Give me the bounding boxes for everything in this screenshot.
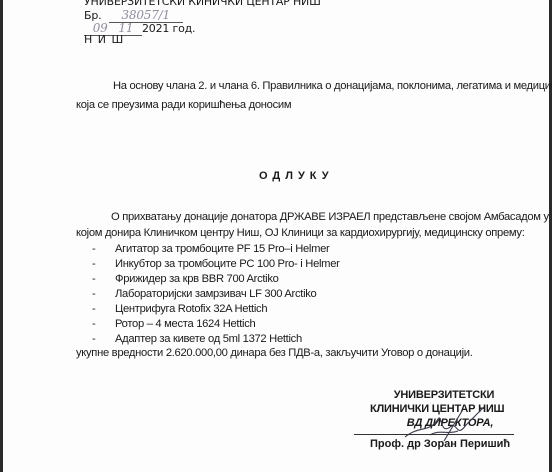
document-title: ОДЛУКУ: [259, 170, 334, 182]
bullet: -: [92, 288, 115, 300]
preamble-line-1: На основу члана 2. и члана 6. Правилника…: [113, 80, 552, 92]
window-border-left: [0, 0, 3, 472]
item-text: Инкубтор за тромбоците PC 100 Pro- i Hel…: [115, 258, 340, 270]
list-item: -Инкубтор за тромбоците PC 100 Pro- i He…: [92, 258, 340, 270]
bullet: -: [92, 258, 115, 270]
date-year: 2021 год.: [142, 22, 195, 35]
item-text: Фрижидер за крв BBR 700 Arctiko: [115, 273, 279, 285]
signer-name: Проф. др Зоран Перишић: [370, 438, 510, 450]
decision-line-1: О прихватању донације донатора ДРЖАВЕ ИЗ…: [111, 211, 552, 223]
list-item: -Лабораторијски замрзивач LF 300 Arctiko: [92, 288, 316, 300]
bullet: -: [92, 333, 115, 345]
list-item: -Адаптер за кивете од 5ml 1372 Hettich: [92, 333, 302, 345]
item-text: Центрифуга Rotofix 32A Hettich: [115, 303, 267, 315]
signature-line: [354, 434, 514, 435]
bullet: -: [92, 243, 115, 255]
item-text: Агитатор за тромбоците PF 15 Pro–i Helme…: [115, 243, 329, 255]
list-item: -Агитатор за тромбоците PF 15 Pro–i Helm…: [92, 243, 329, 255]
preamble-line-2: која се преузима ради коришћења доносим: [76, 99, 291, 111]
signature-institution-line-1: УНИВЕРЗИТЕТСКИ: [384, 389, 504, 401]
list-item: -Ротор – 4 места 1624 Hettich: [92, 318, 255, 330]
item-text: Адаптер за кивете од 5ml 1372 Hettich: [115, 333, 302, 345]
bullet: -: [92, 273, 115, 285]
list-item: -Фрижидер за крв BBR 700 Arctiko: [92, 273, 279, 285]
decision-line-2: којом донира Клиничком центру Ниш, ОЈ Кл…: [76, 227, 525, 239]
institution-header: УНИВЕРЗИТЕТСКИ КИНИЧКИ ЦЕНТАР НИШ: [84, 0, 321, 8]
bullet: -: [92, 303, 115, 315]
item-text: Лабораторијски замрзивач LF 300 Arctiko: [115, 288, 316, 300]
city: Н И Ш: [84, 33, 124, 46]
bullet: -: [92, 318, 115, 330]
total-value-line: укупне вредности 2.620.000,00 динара без…: [76, 347, 473, 359]
list-item: -Центрифуга Rotofix 32A Hettich: [92, 303, 267, 315]
item-text: Ротор – 4 места 1624 Hettich: [115, 318, 255, 330]
